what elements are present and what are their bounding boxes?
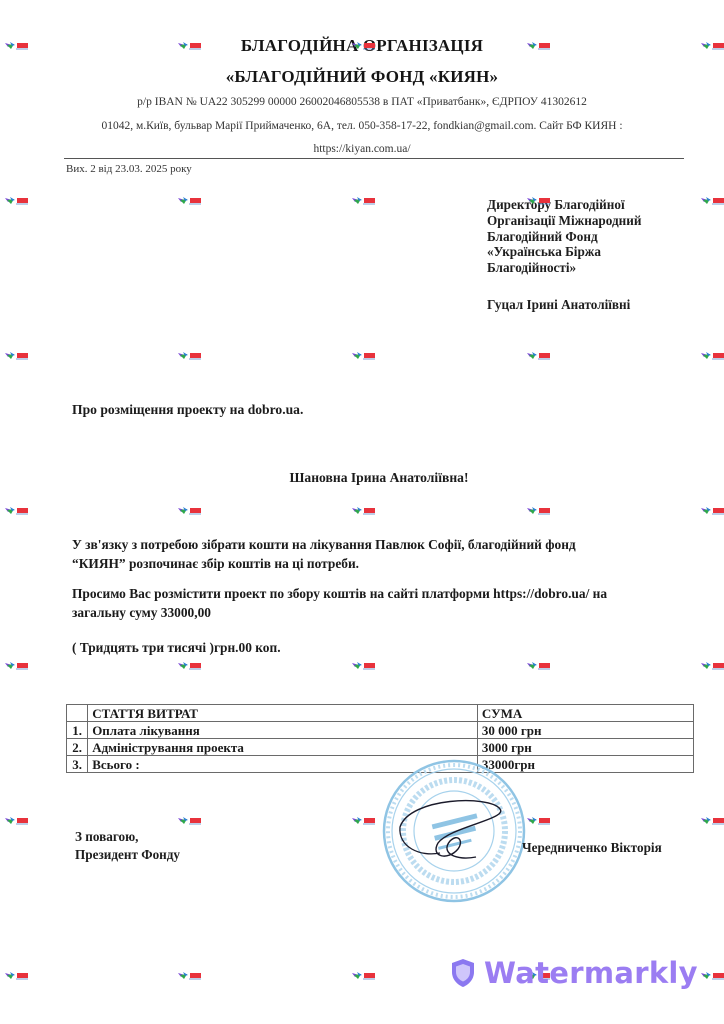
dove-logo-icon xyxy=(4,195,30,206)
website-link[interactable]: https://kiyan.com.ua/ xyxy=(0,143,724,155)
addressee-line: Організації Міжнародний xyxy=(487,213,707,229)
shield-icon xyxy=(450,958,476,988)
dove-logo-icon xyxy=(4,350,30,361)
dove-logo-icon xyxy=(177,660,203,671)
body-paragraph-2: Просимо Вас розмістити проект по збору к… xyxy=(72,584,672,622)
dove-logo-icon xyxy=(4,40,30,51)
dove-logo-icon xyxy=(526,815,552,826)
addressee-line: «Українська Біржа xyxy=(487,244,707,260)
addressee-line: Благодійності» xyxy=(487,260,707,276)
dove-logo-icon xyxy=(177,505,203,516)
dove-logo-icon xyxy=(351,40,377,51)
table-header-row: СТАТТЯ ВИТРАТ СУМА xyxy=(67,705,694,722)
dove-logo-icon xyxy=(4,505,30,516)
signer-title: Президент Фонду xyxy=(75,846,180,864)
row-item: Адміністрування проекта xyxy=(88,739,478,756)
dove-logo-icon xyxy=(700,40,724,51)
dove-logo-icon xyxy=(4,815,30,826)
signer-name: Чередниченко Вікторія xyxy=(522,840,662,856)
header-num xyxy=(67,705,88,722)
body-line: У зв'язку з потребою зібрати кошти на лі… xyxy=(72,535,672,554)
header-item: СТАТТЯ ВИТРАТ xyxy=(88,705,478,722)
dove-logo-icon xyxy=(351,350,377,361)
dove-logo-icon xyxy=(700,970,724,981)
dove-logo-icon xyxy=(526,350,552,361)
header-amount: СУМА xyxy=(477,705,693,722)
dove-logo-icon xyxy=(526,40,552,51)
closing-block: З повагою, Президент Фонду xyxy=(75,828,180,864)
addressee-line: Директору Благодійної xyxy=(487,197,707,213)
dove-logo-icon xyxy=(351,195,377,206)
bank-details: р/р IBAN № UA22 305299 00000 26002046805… xyxy=(0,96,724,108)
brand-watermark: Watermarkly xyxy=(450,953,698,993)
dove-logo-icon xyxy=(4,660,30,671)
body-paragraph-1: У зв'язку з потребою зібрати кошти на лі… xyxy=(72,535,672,573)
dove-logo-icon xyxy=(177,970,203,981)
dove-logo-icon xyxy=(700,660,724,671)
row-num: 1. xyxy=(67,722,88,739)
official-stamp-icon xyxy=(380,757,528,905)
amount-in-words: ( Тридцять три тисячі )грн.00 коп. xyxy=(72,638,672,657)
document-page: БЛАГОДІЙНА ОРГАНІЗАЦІЯ «БЛАГОДІЙНИЙ ФОНД… xyxy=(0,0,724,1024)
dove-logo-icon xyxy=(526,195,552,206)
row-amount: 30 000 грн xyxy=(477,722,693,739)
salutation: Шановна Ірина Анатоліївна! xyxy=(0,470,724,486)
closing-phrase: З повагою, xyxy=(75,828,180,846)
dove-logo-icon xyxy=(177,350,203,361)
dove-logo-icon xyxy=(351,505,377,516)
body-line: “КИЯН” розпочинає збір коштів на ці потр… xyxy=(72,554,672,573)
address-contacts: 01042, м.Київ, бульвар Марії Приймаченко… xyxy=(0,120,724,132)
table-row: 1. Оплата лікування 30 000 грн xyxy=(67,722,694,739)
dove-logo-icon xyxy=(700,195,724,206)
dove-logo-icon xyxy=(351,660,377,671)
body-line: загальну суму 33000,00 xyxy=(72,603,672,622)
body-line: ( Тридцять три тисячі )грн.00 коп. xyxy=(72,638,672,657)
dove-logo-icon xyxy=(351,815,377,826)
dove-logo-icon xyxy=(177,40,203,51)
row-num: 3. xyxy=(67,756,88,773)
letter-subject: Про розміщення проекту на dobro.ua. xyxy=(72,402,303,418)
table-row: 2. Адміністрування проекта 3000 грн xyxy=(67,739,694,756)
dove-logo-icon xyxy=(526,660,552,671)
row-num: 2. xyxy=(67,739,88,756)
body-line: Просимо Вас розмістити проект по збору к… xyxy=(72,584,672,603)
dove-logo-icon xyxy=(526,505,552,516)
row-amount: 3000 грн xyxy=(477,739,693,756)
addressee-name: Гуцал Ірині Анатоліївні xyxy=(487,297,630,313)
dove-logo-icon xyxy=(177,195,203,206)
outgoing-reference: Вих. 2 від 23.03. 2025 року xyxy=(66,163,192,175)
dove-logo-icon xyxy=(700,505,724,516)
org-title-line2: «БЛАГОДІЙНИЙ ФОНД «КИЯН» xyxy=(0,67,724,87)
addressee-block: Директору Благодійної Організації Міжнар… xyxy=(487,197,707,276)
dove-logo-icon xyxy=(351,970,377,981)
dove-logo-icon xyxy=(177,815,203,826)
dove-logo-icon xyxy=(4,970,30,981)
row-item: Оплата лікування xyxy=(88,722,478,739)
brand-watermark-text: Watermarkly xyxy=(484,956,698,990)
dove-logo-icon xyxy=(700,815,724,826)
addressee-line: Благодійний Фонд xyxy=(487,229,707,245)
dove-logo-icon xyxy=(700,350,724,361)
letterhead-divider xyxy=(64,158,684,159)
